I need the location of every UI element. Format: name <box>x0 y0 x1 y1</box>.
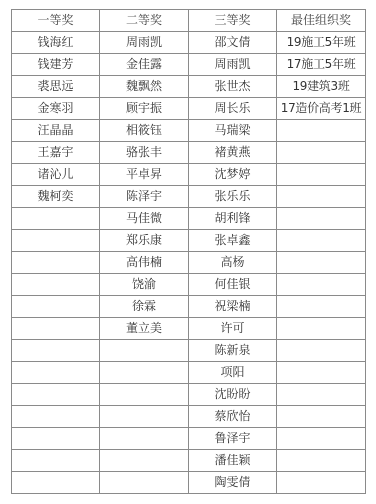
table-row: 王嘉宇骆张丰褚黄燕 <box>12 142 366 164</box>
table-row: 郑乐康张卓鑫 <box>12 230 366 252</box>
table-row: 饶渝何佳银 <box>12 274 366 296</box>
third-prize-cell: 沈梦婷 <box>189 164 277 186</box>
second-prize-cell: 周雨凯 <box>100 32 189 54</box>
table-row: 董立美许可 <box>12 318 366 340</box>
table-row: 高伟楠高杨 <box>12 252 366 274</box>
best-organization-cell: 19建筑3班 <box>277 76 366 98</box>
second-prize-cell <box>100 428 189 450</box>
header-second-prize: 二等奖 <box>100 10 189 32</box>
header-best-organization: 最佳组织奖 <box>277 10 366 32</box>
third-prize-cell: 潘佳颖 <box>189 450 277 472</box>
best-organization-cell <box>277 296 366 318</box>
first-prize-cell <box>12 274 100 296</box>
best-organization-cell: 17造价高考1班 <box>277 98 366 120</box>
best-organization-cell <box>277 406 366 428</box>
best-organization-cell <box>277 472 366 494</box>
best-organization-cell <box>277 428 366 450</box>
third-prize-cell: 邵文倩 <box>189 32 277 54</box>
table-row: 徐霖祝梁楠 <box>12 296 366 318</box>
first-prize-cell <box>12 230 100 252</box>
table-row: 钱建芳金佳露周雨凯17施工5年班 <box>12 54 366 76</box>
first-prize-cell: 金寒羽 <box>12 98 100 120</box>
first-prize-cell: 裘思远 <box>12 76 100 98</box>
best-organization-cell: 17施工5年班 <box>277 54 366 76</box>
third-prize-cell: 张世杰 <box>189 76 277 98</box>
second-prize-cell: 董立美 <box>100 318 189 340</box>
third-prize-cell: 周雨凯 <box>189 54 277 76</box>
second-prize-cell <box>100 362 189 384</box>
table-row: 裘思远魏飘然张世杰19建筑3班 <box>12 76 366 98</box>
second-prize-cell: 顾宇振 <box>100 98 189 120</box>
awards-table: 一等奖 二等奖 三等奖 最佳组织奖 钱海红周雨凯邵文倩19施工5年班钱建芳金佳露… <box>11 9 366 494</box>
second-prize-cell: 饶渝 <box>100 274 189 296</box>
table-row: 蔡欣怡 <box>12 406 366 428</box>
first-prize-cell <box>12 362 100 384</box>
second-prize-cell: 高伟楠 <box>100 252 189 274</box>
second-prize-cell: 陈泽宇 <box>100 186 189 208</box>
third-prize-cell: 张卓鑫 <box>189 230 277 252</box>
second-prize-cell: 平卓昇 <box>100 164 189 186</box>
header-first-prize: 一等奖 <box>12 10 100 32</box>
table-row: 项阳 <box>12 362 366 384</box>
second-prize-cell: 金佳露 <box>100 54 189 76</box>
second-prize-cell <box>100 450 189 472</box>
first-prize-cell: 王嘉宇 <box>12 142 100 164</box>
best-organization-cell <box>277 120 366 142</box>
table-row: 潘佳颖 <box>12 450 366 472</box>
first-prize-cell: 钱建芳 <box>12 54 100 76</box>
best-organization-cell <box>277 252 366 274</box>
best-organization-cell <box>277 384 366 406</box>
third-prize-cell: 陶雯倩 <box>189 472 277 494</box>
second-prize-cell <box>100 406 189 428</box>
table-row: 钱海红周雨凯邵文倩19施工5年班 <box>12 32 366 54</box>
third-prize-cell: 鲁泽宇 <box>189 428 277 450</box>
table-row: 陈新泉 <box>12 340 366 362</box>
best-organization-cell <box>277 208 366 230</box>
second-prize-cell: 徐霖 <box>100 296 189 318</box>
best-organization-cell <box>277 450 366 472</box>
second-prize-cell: 相筱钰 <box>100 120 189 142</box>
second-prize-cell: 郑乐康 <box>100 230 189 252</box>
best-organization-cell: 19施工5年班 <box>277 32 366 54</box>
third-prize-cell: 马瑞梁 <box>189 120 277 142</box>
first-prize-cell <box>12 406 100 428</box>
table-row: 汪晶晶相筱钰马瑞梁 <box>12 120 366 142</box>
third-prize-cell: 高杨 <box>189 252 277 274</box>
first-prize-cell <box>12 296 100 318</box>
third-prize-cell: 项阳 <box>189 362 277 384</box>
first-prize-cell <box>12 318 100 340</box>
header-third-prize: 三等奖 <box>189 10 277 32</box>
best-organization-cell <box>277 340 366 362</box>
third-prize-cell: 蔡欣怡 <box>189 406 277 428</box>
second-prize-cell <box>100 472 189 494</box>
first-prize-cell <box>12 384 100 406</box>
first-prize-cell: 诸沁儿 <box>12 164 100 186</box>
first-prize-cell <box>12 472 100 494</box>
third-prize-cell: 周长乐 <box>189 98 277 120</box>
table-row: 沈盼盼 <box>12 384 366 406</box>
first-prize-cell: 汪晶晶 <box>12 120 100 142</box>
third-prize-cell: 何佳银 <box>189 274 277 296</box>
best-organization-cell <box>277 186 366 208</box>
best-organization-cell <box>277 142 366 164</box>
best-organization-cell <box>277 230 366 252</box>
third-prize-cell: 许可 <box>189 318 277 340</box>
best-organization-cell <box>277 164 366 186</box>
second-prize-cell: 魏飘然 <box>100 76 189 98</box>
table-body: 钱海红周雨凯邵文倩19施工5年班钱建芳金佳露周雨凯17施工5年班裘思远魏飘然张世… <box>12 32 366 494</box>
second-prize-cell <box>100 340 189 362</box>
first-prize-cell <box>12 208 100 230</box>
table-row: 诸沁儿平卓昇沈梦婷 <box>12 164 366 186</box>
best-organization-cell <box>277 274 366 296</box>
best-organization-cell <box>277 362 366 384</box>
table-row: 马佳微胡利锋 <box>12 208 366 230</box>
second-prize-cell: 马佳微 <box>100 208 189 230</box>
second-prize-cell <box>100 384 189 406</box>
table-row: 陶雯倩 <box>12 472 366 494</box>
first-prize-cell: 魏柯奕 <box>12 186 100 208</box>
first-prize-cell <box>12 450 100 472</box>
third-prize-cell: 陈新泉 <box>189 340 277 362</box>
first-prize-cell <box>12 428 100 450</box>
table-row: 鲁泽宇 <box>12 428 366 450</box>
first-prize-cell <box>12 252 100 274</box>
third-prize-cell: 张乐乐 <box>189 186 277 208</box>
third-prize-cell: 褚黄燕 <box>189 142 277 164</box>
third-prize-cell: 沈盼盼 <box>189 384 277 406</box>
third-prize-cell: 祝梁楠 <box>189 296 277 318</box>
table-row: 魏柯奕陈泽宇张乐乐 <box>12 186 366 208</box>
header-row: 一等奖 二等奖 三等奖 最佳组织奖 <box>12 10 366 32</box>
third-prize-cell: 胡利锋 <box>189 208 277 230</box>
second-prize-cell: 骆张丰 <box>100 142 189 164</box>
first-prize-cell <box>12 340 100 362</box>
first-prize-cell: 钱海红 <box>12 32 100 54</box>
table-row: 金寒羽顾宇振周长乐17造价高考1班 <box>12 98 366 120</box>
best-organization-cell <box>277 318 366 340</box>
